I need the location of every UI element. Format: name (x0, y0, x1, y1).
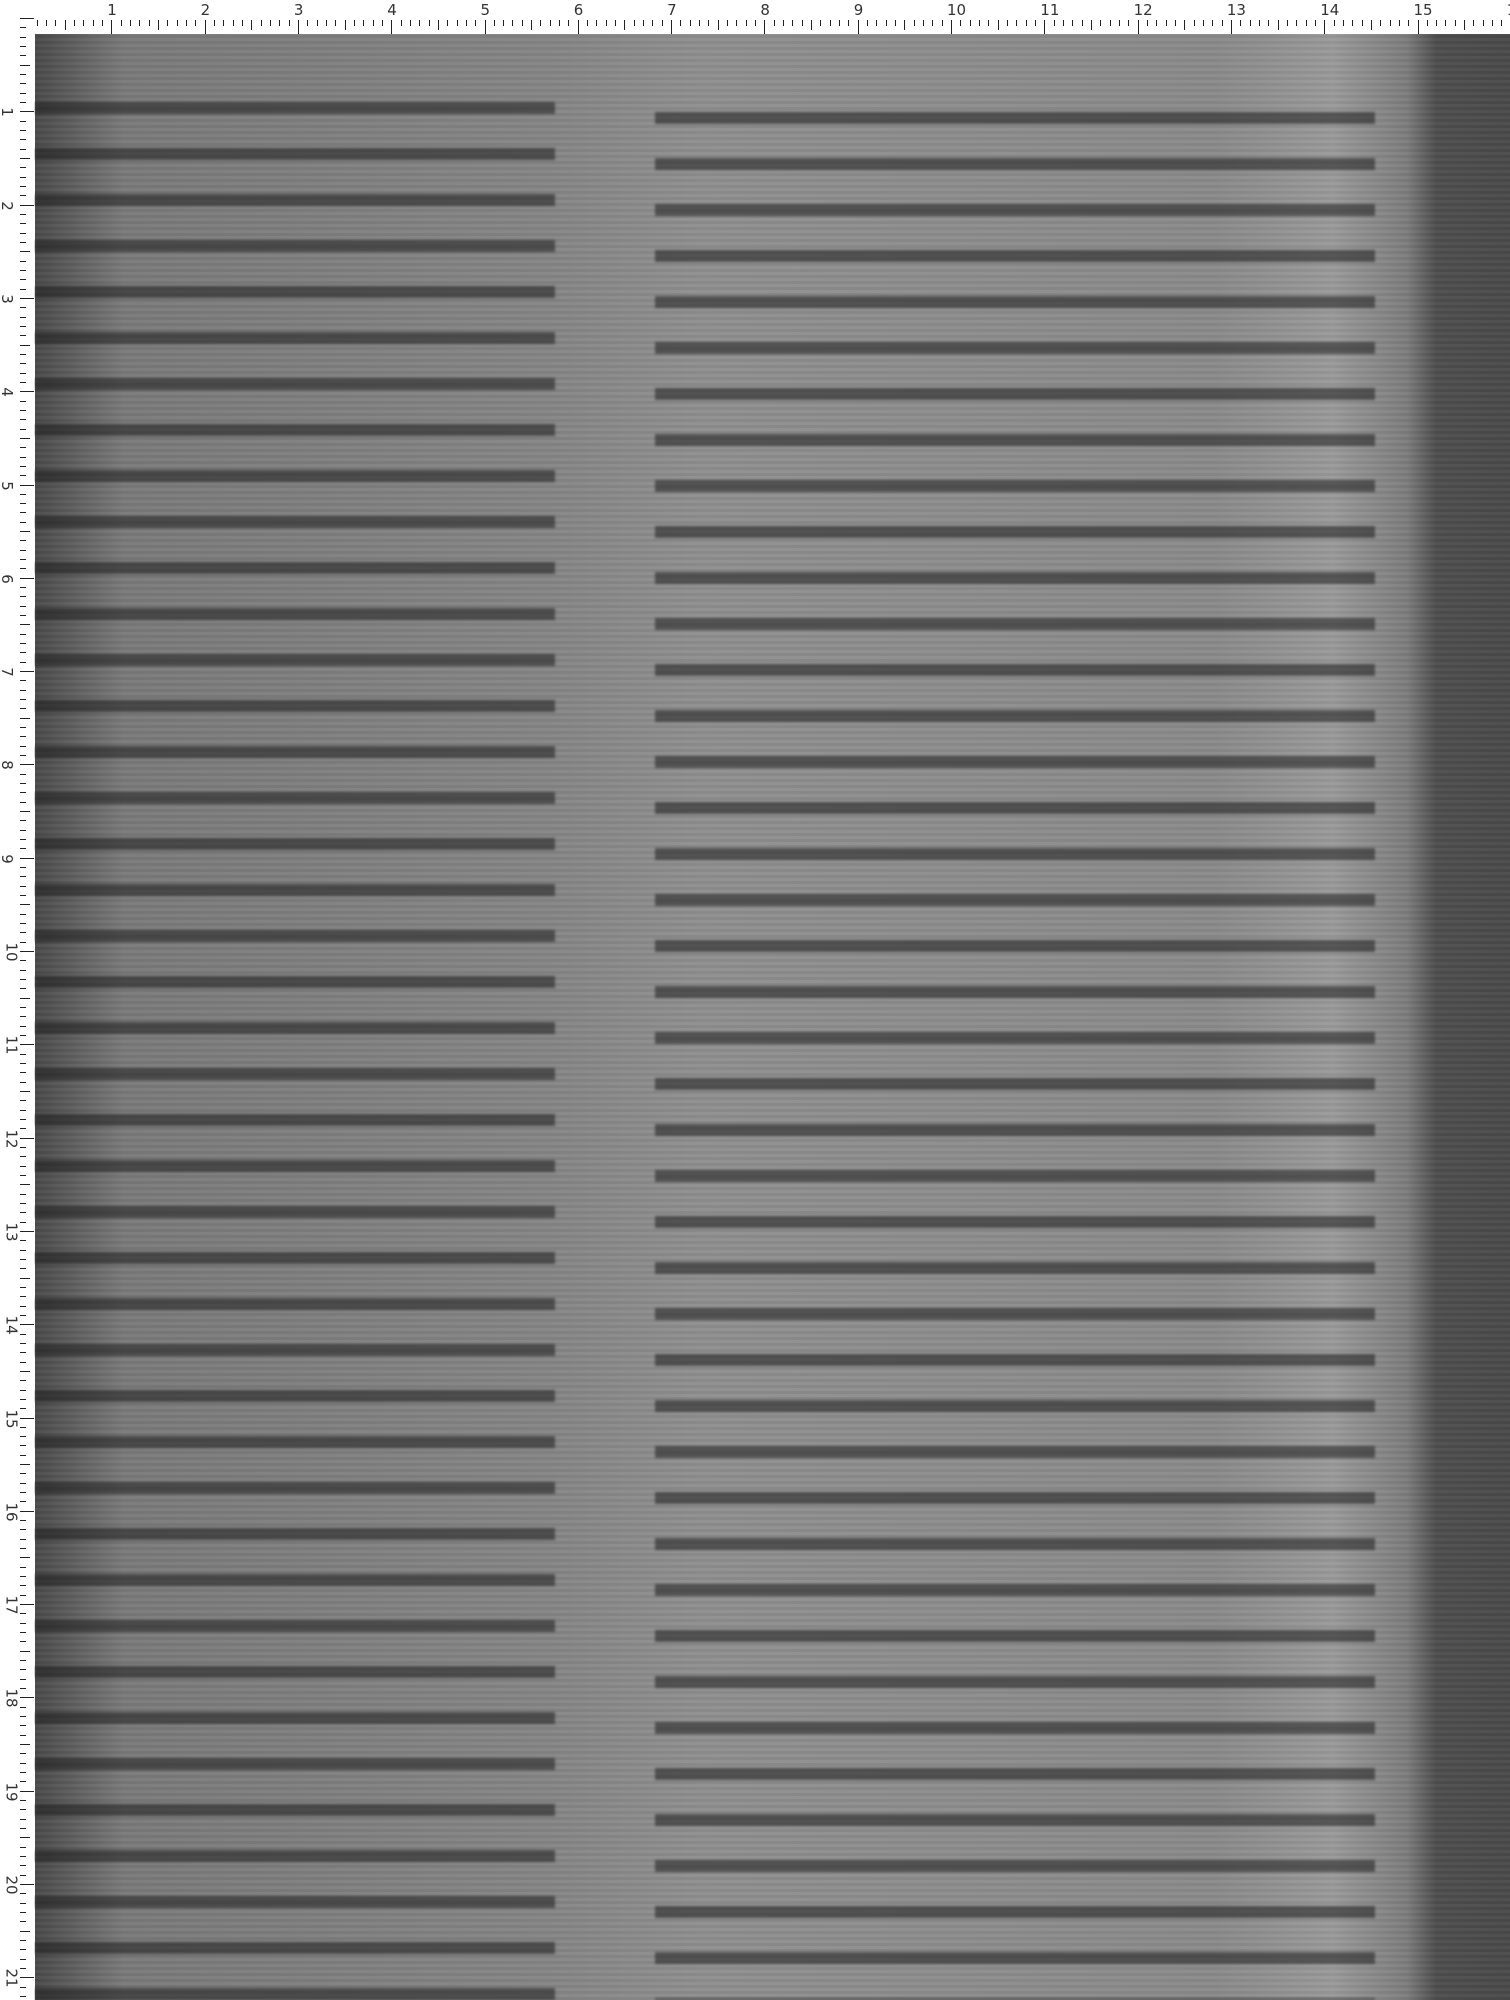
ruler-tick (1259, 20, 1260, 26)
ruler-tick (1483, 20, 1484, 26)
ruler-tick (130, 20, 131, 26)
ruler-tick (20, 419, 26, 420)
ruler-tick (20, 1847, 26, 1848)
ruler-tick (20, 643, 26, 644)
ruler-tick (242, 20, 243, 26)
ruler-tick (1147, 20, 1148, 26)
ruler-label: 2 (0, 201, 16, 211)
ruler-tick (20, 1585, 26, 1586)
ruler-tick (177, 20, 178, 26)
ruler-label: 20 (3, 1875, 21, 1894)
ruler-tick (774, 20, 775, 26)
ruler-tick (522, 20, 523, 26)
ruler-tick (20, 1940, 26, 1941)
ruler-tick (20, 1763, 26, 1764)
ruler-tick (1268, 20, 1269, 26)
ruler-tick (20, 1632, 26, 1633)
ruler-tick (746, 20, 747, 26)
ruler-tick (624, 20, 625, 30)
ruler-tick (419, 20, 420, 26)
ruler-tick (20, 727, 26, 728)
ruler-tick (1390, 20, 1391, 26)
ruler-tick (363, 20, 364, 26)
ruler-label: 12 (3, 1129, 21, 1148)
ruler-label: 12 (1134, 1, 1153, 19)
ruler-tick (886, 20, 887, 26)
ruler-tick (755, 20, 756, 26)
ruler-tick (20, 960, 26, 961)
ruler-tick (20, 1921, 26, 1922)
ruler-tick (20, 596, 26, 597)
ruler-tick (20, 811, 30, 812)
ruler-tick (1427, 20, 1428, 26)
ruler-tick (20, 662, 26, 663)
ruler-tick (20, 1166, 26, 1167)
ruler-tick (20, 373, 26, 374)
ruler-tick (20, 1436, 26, 1437)
ruler-tick (20, 167, 26, 168)
ruler-label: 11 (1040, 1, 1059, 19)
ruler-tick (876, 20, 877, 26)
ruler-tick (811, 20, 812, 30)
ruler-tick (634, 20, 635, 26)
ruler-tick (20, 1222, 26, 1223)
ruler-tick (942, 20, 943, 26)
ruler-tick (783, 20, 784, 26)
ruler-tick (20, 1996, 26, 1997)
ruler-tick (20, 1138, 34, 1139)
ruler-tick (951, 20, 952, 34)
ruler-tick (1250, 20, 1251, 26)
ruler-tick (20, 83, 26, 84)
ruler-tick (20, 848, 26, 849)
ruler-label: 6 (0, 574, 16, 584)
manuscript-scan (35, 34, 1510, 2000)
ruler-tick (998, 20, 999, 30)
ruler-tick (20, 494, 26, 495)
ruler-tick (568, 20, 569, 26)
ruler-tick (736, 20, 737, 26)
ruler-label: 14 (3, 1316, 21, 1335)
ruler-tick (20, 568, 26, 569)
ruler-label: 14 (1320, 1, 1339, 19)
ruler-tick (20, 540, 26, 541)
ruler-tick (20, 298, 34, 299)
ruler-tick (1119, 20, 1120, 26)
ruler-tick (20, 512, 26, 513)
ruler-tick (373, 20, 374, 26)
ruler-tick (195, 20, 196, 26)
ruler-tick (20, 708, 26, 709)
ruler-tick (20, 74, 26, 75)
ruler-tick (20, 382, 26, 383)
ruler-tick (20, 1054, 26, 1055)
ruler-tick (20, 1651, 30, 1652)
ruler-tick (1399, 20, 1400, 26)
ruler-tick (20, 942, 26, 943)
ruler-tick (20, 671, 34, 672)
ruler-tick (671, 20, 672, 34)
ruler-tick (20, 680, 26, 681)
ruler-tick (764, 20, 765, 34)
ruler-tick (20, 1501, 26, 1502)
ruler-tick (20, 401, 26, 402)
ruler-label: 15 (1414, 1, 1433, 19)
ruler-tick (20, 802, 26, 803)
ruler-tick (20, 792, 26, 793)
ruler-tick (410, 20, 411, 26)
ruler-label: 7 (667, 1, 677, 19)
ruler-tick (20, 410, 26, 411)
ruler-tick (20, 1613, 26, 1614)
ruler-tick (20, 195, 26, 196)
ruler-tick (20, 1100, 26, 1101)
ruler-tick (1287, 20, 1288, 26)
ruler-tick (512, 20, 513, 26)
ruler-tick (20, 1110, 26, 1111)
ruler-tick (904, 20, 905, 30)
ruler-tick (167, 20, 168, 26)
ruler-tick (20, 764, 34, 765)
ruler-label: 10 (947, 1, 966, 19)
ruler-tick (559, 20, 560, 26)
ruler-tick (20, 65, 30, 66)
ruler-label: 4 (387, 1, 397, 19)
ruler-tick (1044, 20, 1045, 34)
ruler-tick (20, 1296, 26, 1297)
ruler-tick (20, 1511, 34, 1512)
ruler-label: 1 (0, 108, 16, 118)
ruler-tick (139, 20, 140, 26)
ruler-tick (335, 20, 336, 26)
ruler-tick (20, 886, 26, 887)
ruler-label: 9 (0, 854, 16, 864)
ruler-tick (1222, 20, 1223, 26)
ruler-tick (1156, 20, 1157, 26)
ruler-tick (20, 1483, 26, 1484)
ruler-tick (20, 1082, 26, 1083)
ruler-tick (20, 475, 26, 476)
ruler-label: 13 (1227, 1, 1246, 19)
ruler-tick (20, 1128, 26, 1129)
ruler-tick (20, 102, 26, 103)
ruler-tick (839, 20, 840, 26)
ruler-tick (587, 20, 588, 26)
ruler-tick (20, 1334, 26, 1335)
ruler-tick (20, 652, 26, 653)
ruler-tick (1194, 20, 1195, 26)
ruler-tick (20, 233, 26, 234)
ruler-tick (20, 1184, 30, 1185)
ruler-tick (20, 1744, 30, 1745)
ruler-label: 18 (3, 1689, 21, 1708)
ruler-tick (1091, 20, 1092, 30)
ruler-tick (20, 1278, 30, 1279)
ruler-tick (20, 317, 26, 318)
ruler-tick (1072, 20, 1073, 26)
ruler-tick (326, 20, 327, 26)
ruler-tick (20, 932, 26, 933)
ruler-tick (279, 20, 280, 26)
ruler-tick (20, 1380, 26, 1381)
ruler-tick (20, 149, 26, 150)
ruler-tick (20, 1735, 26, 1736)
ruler-tick (20, 1362, 26, 1363)
ruler-tick (270, 20, 271, 26)
ruler-tick (20, 755, 26, 756)
ruler-tick (20, 1063, 26, 1064)
ruler-tick (20, 1753, 26, 1754)
ruler-label: 19 (3, 1782, 21, 1801)
ruler-tick (20, 130, 26, 131)
ruler-tick (20, 895, 26, 896)
ruler-tick (20, 1679, 26, 1680)
ruler-tick (20, 1809, 26, 1810)
ruler-tick (20, 1529, 26, 1530)
ruler-tick (20, 55, 26, 56)
ruler-tick (20, 783, 26, 784)
ruler-label: 15 (3, 1409, 21, 1428)
ruler-tick (20, 1781, 26, 1782)
ruler-tick (20, 522, 26, 523)
ruler-tick (20, 979, 26, 980)
ruler-tick (205, 20, 206, 34)
ruler-tick (438, 20, 439, 30)
ruler-label: 4 (0, 387, 16, 397)
ruler-tick (20, 1473, 26, 1474)
ruler-label: 2 (201, 1, 211, 19)
ruler-label: 1 (107, 1, 117, 19)
ruler-tick (20, 1259, 26, 1260)
ruler-tick (20, 139, 26, 140)
ruler-tick (20, 485, 34, 486)
ruler-label: 7 (0, 667, 16, 677)
ruler-tick (20, 1903, 26, 1904)
ruler-tick (718, 20, 719, 30)
ruler-tick (20, 1959, 26, 1960)
ruler-tick (1231, 20, 1232, 34)
ruler-tick (121, 20, 122, 26)
ruler-tick (20, 830, 26, 831)
ruler-tick (914, 20, 915, 26)
ruler-tick (20, 1725, 26, 1726)
ruler-tick (401, 20, 402, 26)
ruler-tick (20, 261, 26, 262)
ruler-tick (46, 20, 47, 26)
ruler-tick (20, 550, 26, 551)
ruler-tick (20, 1016, 26, 1017)
ruler-tick (578, 20, 579, 34)
ruler-tick (20, 1287, 26, 1288)
ruler-tick (1464, 20, 1465, 30)
ruler-tick (20, 1837, 30, 1838)
ruler-tick (20, 1212, 26, 1213)
ruler-tick (20, 18, 34, 19)
ruler-tick (37, 20, 38, 26)
ruler-tick (20, 1893, 26, 1894)
ruler-tick (83, 20, 84, 26)
ruler-tick (1063, 20, 1064, 26)
ruler-tick (1278, 20, 1279, 30)
ruler-tick (20, 447, 26, 448)
ruler-tick (20, 1576, 26, 1577)
ruler-tick (214, 20, 215, 26)
ruler-tick (102, 20, 103, 26)
ruler-tick (20, 1315, 26, 1316)
ruler-tick (20, 1912, 26, 1913)
ruler-tick (20, 1949, 26, 1950)
ruler-tick (708, 20, 709, 26)
ruler-tick (20, 578, 34, 579)
left-text-column (35, 84, 555, 2000)
ruler-tick (1445, 20, 1446, 26)
ruler-tick (20, 1119, 26, 1120)
ruler-tick (20, 391, 34, 392)
ruler-tick (615, 20, 616, 26)
ruler-tick (20, 1688, 26, 1689)
ruler-tick (20, 1819, 26, 1820)
ruler-tick (20, 736, 26, 737)
ruler-label: 21 (3, 1969, 21, 1988)
ruler-tick (111, 20, 112, 34)
ruler-tick (1380, 20, 1381, 26)
ruler-tick (20, 1548, 26, 1549)
ruler-tick (20, 1408, 26, 1409)
ruler-tick (20, 1371, 30, 1372)
ruler-tick (1455, 20, 1456, 26)
ruler-tick (20, 270, 26, 271)
ruler-label: 8 (760, 1, 770, 19)
ruler-tick (1408, 20, 1409, 26)
ruler-tick (20, 1399, 26, 1400)
ruler-tick (20, 93, 26, 94)
ruler-tick (20, 615, 26, 616)
ruler-tick (20, 1390, 26, 1391)
ruler-tick (1352, 20, 1353, 26)
ruler-label: 13 (3, 1222, 21, 1241)
ruler-tick (20, 1641, 26, 1642)
ruler-tick (289, 20, 290, 26)
ruler-tick (652, 20, 653, 26)
ruler-tick (20, 1007, 26, 1008)
ruler-tick (20, 27, 26, 28)
ruler-tick (20, 1623, 26, 1624)
ruler-tick (20, 624, 30, 625)
ruler-tick (1306, 20, 1307, 26)
ruler-tick (429, 20, 430, 26)
ruler-tick (20, 904, 30, 905)
ruler-tick (93, 20, 94, 26)
right-text-column (655, 94, 1375, 2000)
ruler-tick (20, 988, 26, 989)
ruler-tick (20, 1875, 26, 1876)
ruler-tick (20, 345, 30, 346)
ruler-tick (457, 20, 458, 26)
ruler-tick (20, 223, 26, 224)
ruler-tick (20, 354, 26, 355)
ruler-tick (20, 466, 26, 467)
ruler-tick (20, 205, 34, 206)
ruler-tick (20, 531, 30, 532)
ruler-tick (55, 20, 56, 26)
ruler-tick (1100, 20, 1101, 26)
ruler-tick (727, 20, 728, 26)
ruler-tick (20, 1772, 26, 1773)
ruler-tick (1007, 20, 1008, 26)
ruler-label: 9 (854, 1, 864, 19)
ruler-tick (20, 503, 26, 504)
ruler-tick (20, 429, 26, 430)
ruler-tick (20, 1306, 26, 1307)
ruler-label: 3 (0, 294, 16, 304)
ruler-tick (20, 559, 26, 560)
ruler-tick (1334, 20, 1335, 26)
ruler-tick (20, 1856, 26, 1857)
ruler-tick (1128, 20, 1129, 26)
ruler-tick (1371, 20, 1372, 30)
ruler-tick (20, 1800, 26, 1801)
ruler-tick (20, 1203, 26, 1204)
ruler-tick (20, 1557, 30, 1558)
ruler-tick (20, 1520, 26, 1521)
ruler-tick (261, 20, 262, 26)
ruler-tick (988, 20, 989, 26)
ruler-tick (1296, 20, 1297, 26)
ruler-tick (20, 1987, 26, 1988)
ruler-tick (20, 46, 26, 47)
ruler-tick (1110, 20, 1111, 26)
ruler-tick (307, 20, 308, 26)
ruler-tick (20, 1445, 26, 1446)
ruler-tick (960, 20, 961, 26)
ruler-tick (20, 1240, 26, 1241)
ruler-tick (20, 1455, 26, 1456)
ruler-tick (1240, 20, 1241, 26)
ruler-tick (20, 1035, 26, 1036)
ruler-tick (149, 20, 150, 26)
ruler-tick (186, 20, 187, 26)
ruler-tick (20, 699, 26, 700)
left-ruler: 123456789101112131415161718192021 (0, 0, 34, 2000)
ruler-tick (317, 20, 318, 26)
ruler-tick (20, 1977, 34, 1978)
ruler-tick (20, 1343, 26, 1344)
ruler-tick (550, 20, 551, 26)
ruler-tick (1492, 20, 1493, 26)
ruler-tick (699, 20, 700, 26)
ruler-tick (1501, 20, 1502, 26)
ruler-tick (20, 1931, 30, 1932)
ruler-tick (494, 20, 495, 26)
ruler-tick (20, 998, 30, 999)
ruler-label: 17 (3, 1596, 21, 1615)
ruler-tick (298, 20, 299, 34)
ruler-tick (1203, 20, 1204, 26)
ruler-tick (20, 820, 26, 821)
ruler-tick (20, 1595, 26, 1596)
ruler-tick (1324, 20, 1325, 34)
ruler-tick (1473, 20, 1474, 26)
ruler-tick (20, 1492, 26, 1493)
ruler-tick (970, 20, 971, 26)
ruler-tick (596, 20, 597, 26)
ruler-tick (20, 279, 26, 280)
ruler-tick (531, 20, 532, 30)
top-ruler: 01234567891011121314151 (0, 0, 1510, 34)
ruler-tick (1016, 20, 1017, 26)
ruler-label: 5 (481, 1, 491, 19)
ruler-tick (1082, 20, 1083, 26)
